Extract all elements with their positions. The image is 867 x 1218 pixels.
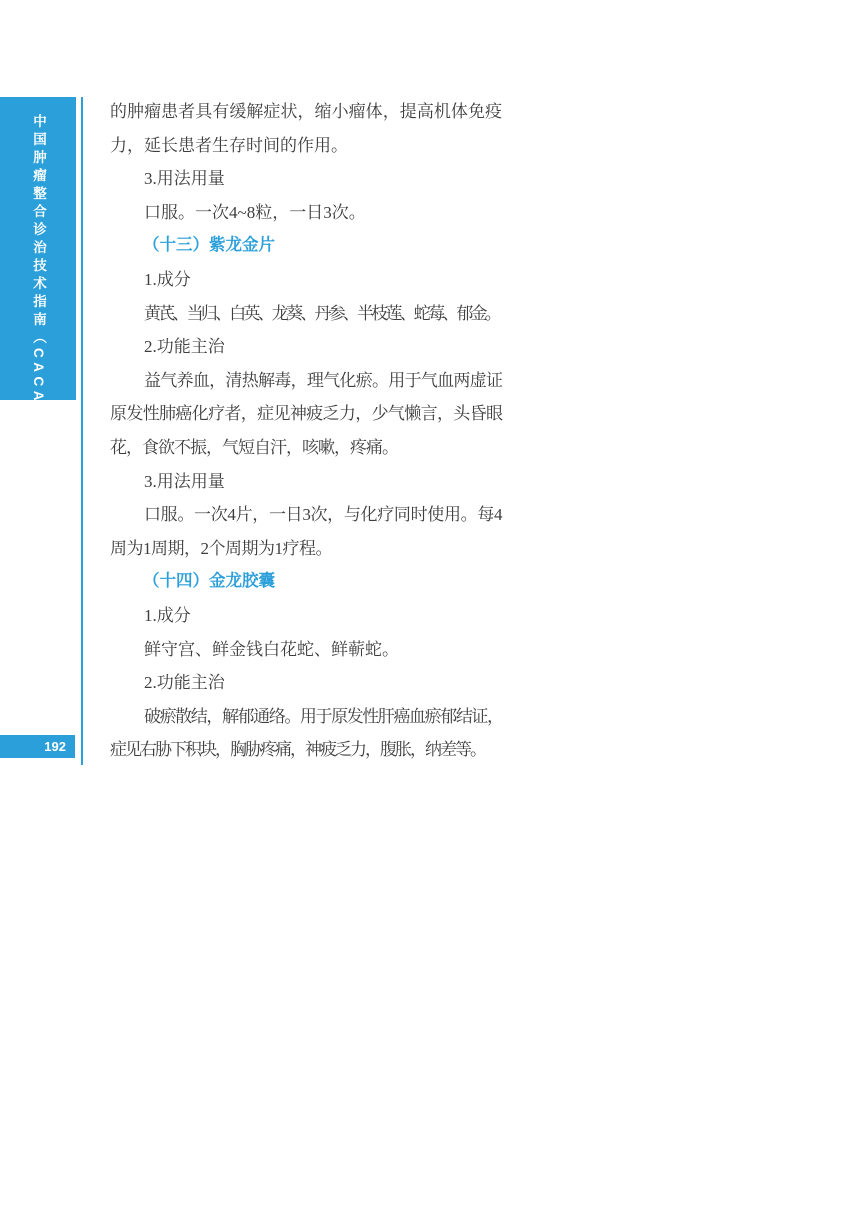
page-number-badge: 192 xyxy=(0,735,75,758)
section-heading: （十三）紫龙金片 xyxy=(110,229,502,263)
body-paragraph: 口服。一次4~8粒，一日3次。 xyxy=(110,196,502,230)
body-paragraph: 2.功能主治 xyxy=(110,330,502,364)
body-paragraph: 的肿瘤患者具有缓解症状，缩小瘤体，提高机体免疫力，延长患者生存时间的作用。 xyxy=(110,95,502,162)
body-paragraph: 口服。一次4片，一日3次，与化疗同时使用。每4周为1周期，2个周期为1疗程。 xyxy=(110,498,502,565)
sidebar-band: 中国肿瘤整合诊治技术指南（CACA） xyxy=(0,97,76,400)
body-paragraph: 黄芪、当归、白英、龙葵、丹参、半枝莲、蛇莓、郁金。 xyxy=(110,297,502,331)
book-title-vertical: 中国肿瘤整合诊治技术指南（CACA） xyxy=(28,114,48,423)
body-paragraph: 1.成分 xyxy=(110,599,502,633)
body-paragraph: 3.用法用量 xyxy=(110,465,502,499)
body-paragraph: 2.功能主治 xyxy=(110,666,502,700)
body-paragraph: 1.成分 xyxy=(110,263,502,297)
content-blocks: 的肿瘤患者具有缓解症状，缩小瘤体，提高机体免疫力，延长患者生存时间的作用。3.用… xyxy=(110,95,502,767)
body-paragraph: 鲜守宫、鲜金钱白花蛇、鲜蕲蛇。 xyxy=(110,633,502,667)
body-paragraph: 益气养血，清热解毒，理气化瘀。用于气血两虚证原发性肺癌化疗者，症见神疲乏力，少气… xyxy=(110,364,502,465)
book-page: 中国肿瘤整合诊治技术指南（CACA） 192 的肿瘤患者具有缓解症状，缩小瘤体，… xyxy=(0,0,867,1218)
body-paragraph: 3.用法用量 xyxy=(110,162,502,196)
section-heading: （十四）金龙胶囊 xyxy=(110,565,502,599)
vertical-divider xyxy=(81,97,83,765)
body-paragraph: 破瘀散结，解郁通络。用于原发性肝癌血瘀郁结证，症见右胁下积块，胸胁疼痛，神疲乏力… xyxy=(110,700,502,767)
